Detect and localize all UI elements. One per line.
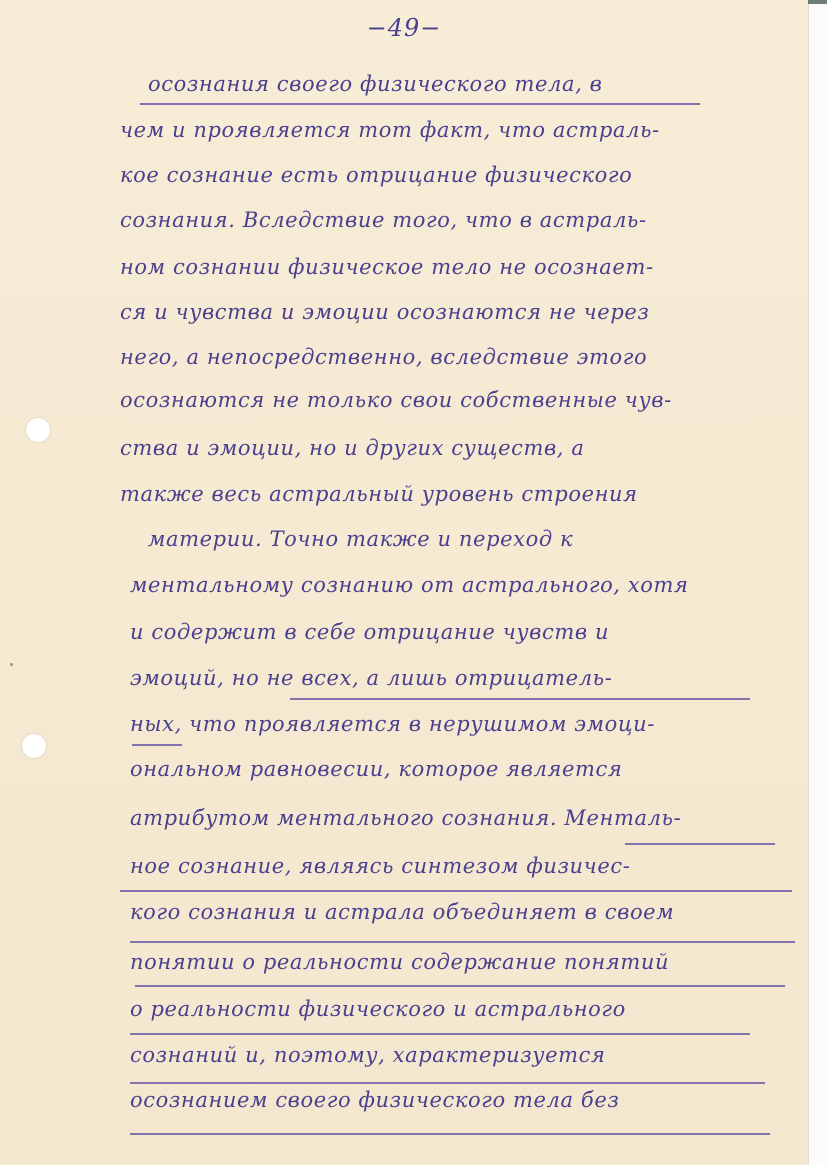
- underline: [132, 744, 182, 746]
- text-line: кое сознание есть отрицание физического: [120, 163, 632, 187]
- underline: [140, 103, 700, 105]
- underline: [135, 985, 785, 987]
- punch-hole-top: [26, 418, 50, 442]
- text-line: осознаются не только свои собственные чу…: [120, 388, 672, 412]
- text-line: ональном равновесии, которое является: [130, 757, 622, 781]
- text-line: атрибутом ментального сознания. Менталь-: [130, 806, 681, 830]
- text-line: ное сознание, являясь синтезом физичес-: [130, 854, 630, 878]
- text-line: ном сознании физическое тело не осознает…: [120, 255, 654, 279]
- text-line: материи. Точно также и переход к: [148, 527, 573, 551]
- underline: [290, 698, 750, 700]
- underline: [625, 843, 775, 845]
- underline: [130, 1133, 770, 1135]
- text-line: ства и эмоции, но и других существ, а: [120, 436, 584, 460]
- underline: [130, 1033, 750, 1035]
- text-line: ных, что проявляется в нерушимом эмоци-: [130, 712, 655, 736]
- underline: [130, 941, 795, 943]
- text-line: осознания своего физического тела, в: [148, 72, 603, 96]
- underline: [120, 890, 792, 892]
- text-line: ся и чувства и эмоции осознаются не чере…: [120, 300, 649, 324]
- text-line: осознанием своего физического тела без: [130, 1088, 619, 1112]
- text-line: также весь астральный уровень строения: [120, 482, 638, 506]
- text-line: сознания. Вследствие того, что в астраль…: [120, 208, 647, 232]
- text-line: понятии о реальности содержание понятий: [130, 950, 669, 974]
- punch-hole-bottom: [22, 734, 46, 758]
- scan-margin: [808, 4, 827, 1165]
- underline: [130, 1082, 765, 1084]
- text-line: ментальному сознанию от астрального, хот…: [130, 573, 689, 597]
- text-line: него, а непосредственно, вследствие этог…: [120, 345, 647, 369]
- text-line: о реальности физического и астрального: [130, 997, 626, 1021]
- text-line: и содержит в себе отрицание чувств и: [130, 620, 609, 644]
- text-line: чем и проявляется тот факт, что астраль-: [120, 118, 660, 142]
- page-number: −49−: [0, 14, 808, 42]
- paper-speck: [10, 663, 13, 666]
- manuscript-page: −49− осознания своего физического тела, …: [0, 0, 808, 1165]
- text-line: сознаний и, поэтому, характеризуется: [130, 1043, 606, 1067]
- text-line: эмоций, но не всех, а лишь отрицатель-: [130, 666, 612, 690]
- text-line: кого сознания и астрала объединяет в сво…: [130, 900, 674, 924]
